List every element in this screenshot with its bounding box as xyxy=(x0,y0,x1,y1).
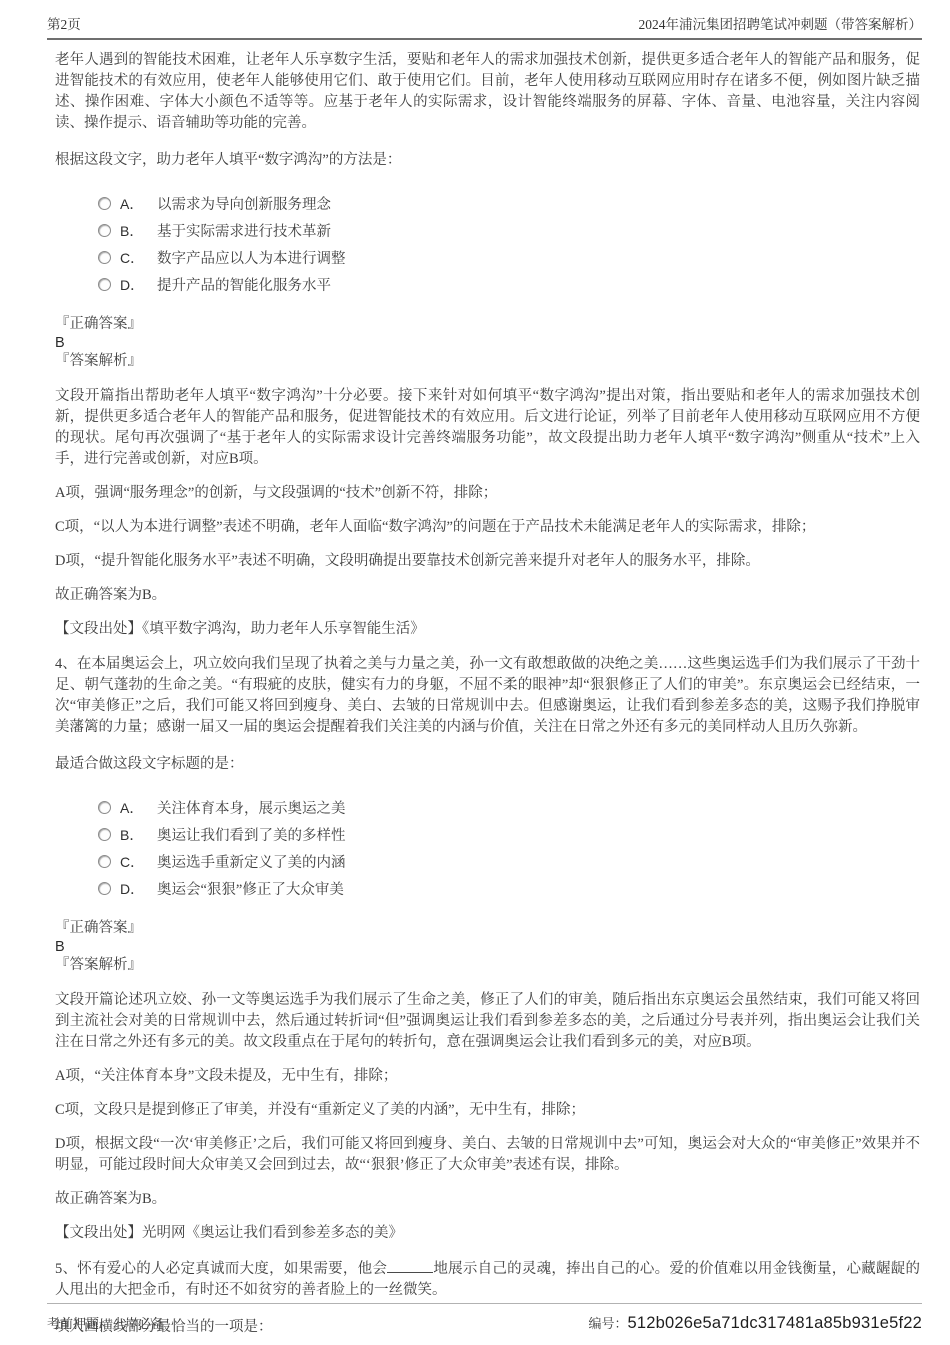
analysis-paragraph: C项，“以人为本进行调整”表述不明确，老年人面临“数字鸿沟”的问题在于产品技术未… xyxy=(55,517,920,538)
option-row-b[interactable]: B． 基于实际需求进行技术革新 xyxy=(98,217,920,244)
question-block-4: 4、在本届奥运会上，巩立姣向我们呈现了执着之美与力量之美，孙一文有敢想敢做的决绝… xyxy=(55,654,920,1244)
serial-value: 512b026e5a71dc317481a85b931e5f22 xyxy=(627,1314,922,1333)
question-passage: 5、怀有爱心的人必定真诚而大度，如果需要，他会地展示自己的灵魂，捧出自己的心。爱… xyxy=(55,1258,920,1301)
document-page: 第2页 2024年浦沅集团招聘笔试冲刺题（带答案解析） 老年人遇到的智能技术困难… xyxy=(0,0,950,1345)
radio-button[interactable] xyxy=(98,197,111,210)
page-number: 第2页 xyxy=(47,13,81,33)
option-text: 基于实际需求进行技术革新 xyxy=(157,220,331,241)
radio-button[interactable] xyxy=(98,278,111,291)
option-row-c[interactable]: C． 数字产品应以人为本进行调整 xyxy=(98,244,920,271)
option-row-b[interactable]: B． 奥运让我们看到了美的多样性 xyxy=(98,821,920,848)
analysis-paragraph: A项，强调“服务理念”的创新，与文段强调的“技术”创新不符，排除； xyxy=(55,483,920,504)
radio-button[interactable] xyxy=(98,882,111,895)
analysis-paragraph: 文段开篇指出帮助老年人填平“数字鸿沟”十分必要。接下来针对如何填平“数字鸿沟”提… xyxy=(55,386,920,470)
document-title: 2024年浦沅集团招聘笔试冲刺题（带答案解析） xyxy=(639,13,923,33)
option-letter: A． xyxy=(120,798,157,818)
correct-answer-label: 『正确答案』 xyxy=(55,315,920,334)
option-text: 关注体育本身，展示奥运之美 xyxy=(157,797,346,818)
options-list: A． 以需求为导向创新服务理念 B． 基于实际需求进行技术革新 C． 数字产品应… xyxy=(98,190,920,298)
options-list: A． 关注体育本身，展示奥运之美 B． 奥运让我们看到了美的多样性 C． 奥运选… xyxy=(98,794,920,902)
analysis-label: 『答案解析』 xyxy=(55,956,920,975)
option-text: 以需求为导向创新服务理念 xyxy=(157,193,331,214)
option-text: 奥运选手重新定义了美的内涵 xyxy=(157,851,346,872)
correct-answer-label: 『正确答案』 xyxy=(55,919,920,938)
conclusion-line: 故正确答案为B。 xyxy=(55,585,920,606)
correct-answer-value: B xyxy=(55,938,920,956)
question-passage: 4、在本届奥运会上，巩立姣向我们呈现了执着之美与力量之美，孙一文有敢想敢做的决绝… xyxy=(55,654,920,738)
option-row-c[interactable]: C． 奥运选手重新定义了美的内涵 xyxy=(98,848,920,875)
question-prompt: 根据这段文字，助力老年人填平“数字鸿沟”的方法是： xyxy=(55,150,920,171)
option-letter: B． xyxy=(120,221,157,241)
analysis-label: 『答案解析』 xyxy=(55,352,920,371)
fill-in-blank xyxy=(387,1258,433,1273)
page-header: 第2页 2024年浦沅集团招聘笔试冲刺题（带答案解析） xyxy=(47,13,922,40)
answer-block: 『正确答案』 B 『答案解析』 xyxy=(55,919,920,975)
radio-button[interactable] xyxy=(98,855,111,868)
option-letter: A． xyxy=(120,194,157,214)
question-block-3: 老年人遇到的智能技术困难，让老年人乐享数字生活，要贴和老年人的需求加强技术创新，… xyxy=(55,50,920,640)
option-text: 奥运会“狠狠”修正了大众审美 xyxy=(157,878,344,899)
analysis-paragraph: A项，“关注体育本身”文段未提及，无中生有，排除； xyxy=(55,1066,920,1087)
serial-label: 编号： xyxy=(588,1313,627,1332)
question-passage: 老年人遇到的智能技术困难，让老年人乐享数字生活，要贴和老年人的需求加强技术创新，… xyxy=(55,50,920,134)
option-text: 数字产品应以人为本进行调整 xyxy=(157,247,346,268)
correct-answer-value: B xyxy=(55,334,920,352)
radio-button[interactable] xyxy=(98,828,111,841)
option-row-a[interactable]: A． 关注体育本身，展示奥运之美 xyxy=(98,794,920,821)
source-line: 【文段出处】《填平数字鸿沟，助力老年人乐享智能生活》 xyxy=(55,619,920,640)
footer-serial: 编号： 512b026e5a71dc317481a85b931e5f22 xyxy=(588,1313,922,1333)
analysis-paragraph: C项，文段只是提到修正了审美，并没有“重新定义了美的内涵”，无中生有，排除； xyxy=(55,1100,920,1121)
analysis-paragraph: D项，“提升智能化服务水平”表述不明确，文段明确提出要靠技术创新完善来提升对老年… xyxy=(55,551,920,572)
question-prompt: 最适合做这段文字标题的是： xyxy=(55,754,920,775)
passage-before-blank: 5、怀有爱心的人必定真诚而大度，如果需要，他会 xyxy=(55,1261,387,1277)
option-text: 奥运让我们看到了美的多样性 xyxy=(157,824,346,845)
option-letter: C． xyxy=(120,852,157,872)
option-letter: D． xyxy=(120,879,157,899)
option-text: 提升产品的智能化服务水平 xyxy=(157,274,331,295)
analysis-paragraph: D项，根据文段“一次‘审美修正’之后，我们可能又将回到瘦身、美白、去皱的日常规训… xyxy=(55,1134,920,1176)
option-letter: D． xyxy=(120,275,157,295)
answer-block: 『正确答案』 B 『答案解析』 xyxy=(55,315,920,371)
option-row-d[interactable]: D． 奥运会“狠狠”修正了大众审美 xyxy=(98,875,920,902)
page-content: 老年人遇到的智能技术困难，让老年人乐享数字生活，要贴和老年人的需求加强技术创新，… xyxy=(55,50,920,1345)
option-row-a[interactable]: A． 以需求为导向创新服务理念 xyxy=(98,190,920,217)
option-letter: B． xyxy=(120,825,157,845)
analysis-paragraph: 文段开篇论述巩立姣、孙一文等奥运选手为我们展示了生命之美，修正了人们的审美，随后… xyxy=(55,990,920,1053)
option-letter: C． xyxy=(120,248,157,268)
radio-button[interactable] xyxy=(98,801,111,814)
radio-button[interactable] xyxy=(98,251,111,264)
page-footer: 考前押题，上岸必备 编号： 512b026e5a71dc317481a85b93… xyxy=(47,1303,922,1333)
source-line: 【文段出处】光明网《奥运让我们看到参差多态的美》 xyxy=(55,1223,920,1244)
conclusion-line: 故正确答案为B。 xyxy=(55,1189,920,1210)
footer-slogan: 考前押题，上岸必备 xyxy=(47,1313,164,1332)
radio-button[interactable] xyxy=(98,224,111,237)
option-row-d[interactable]: D． 提升产品的智能化服务水平 xyxy=(98,271,920,298)
